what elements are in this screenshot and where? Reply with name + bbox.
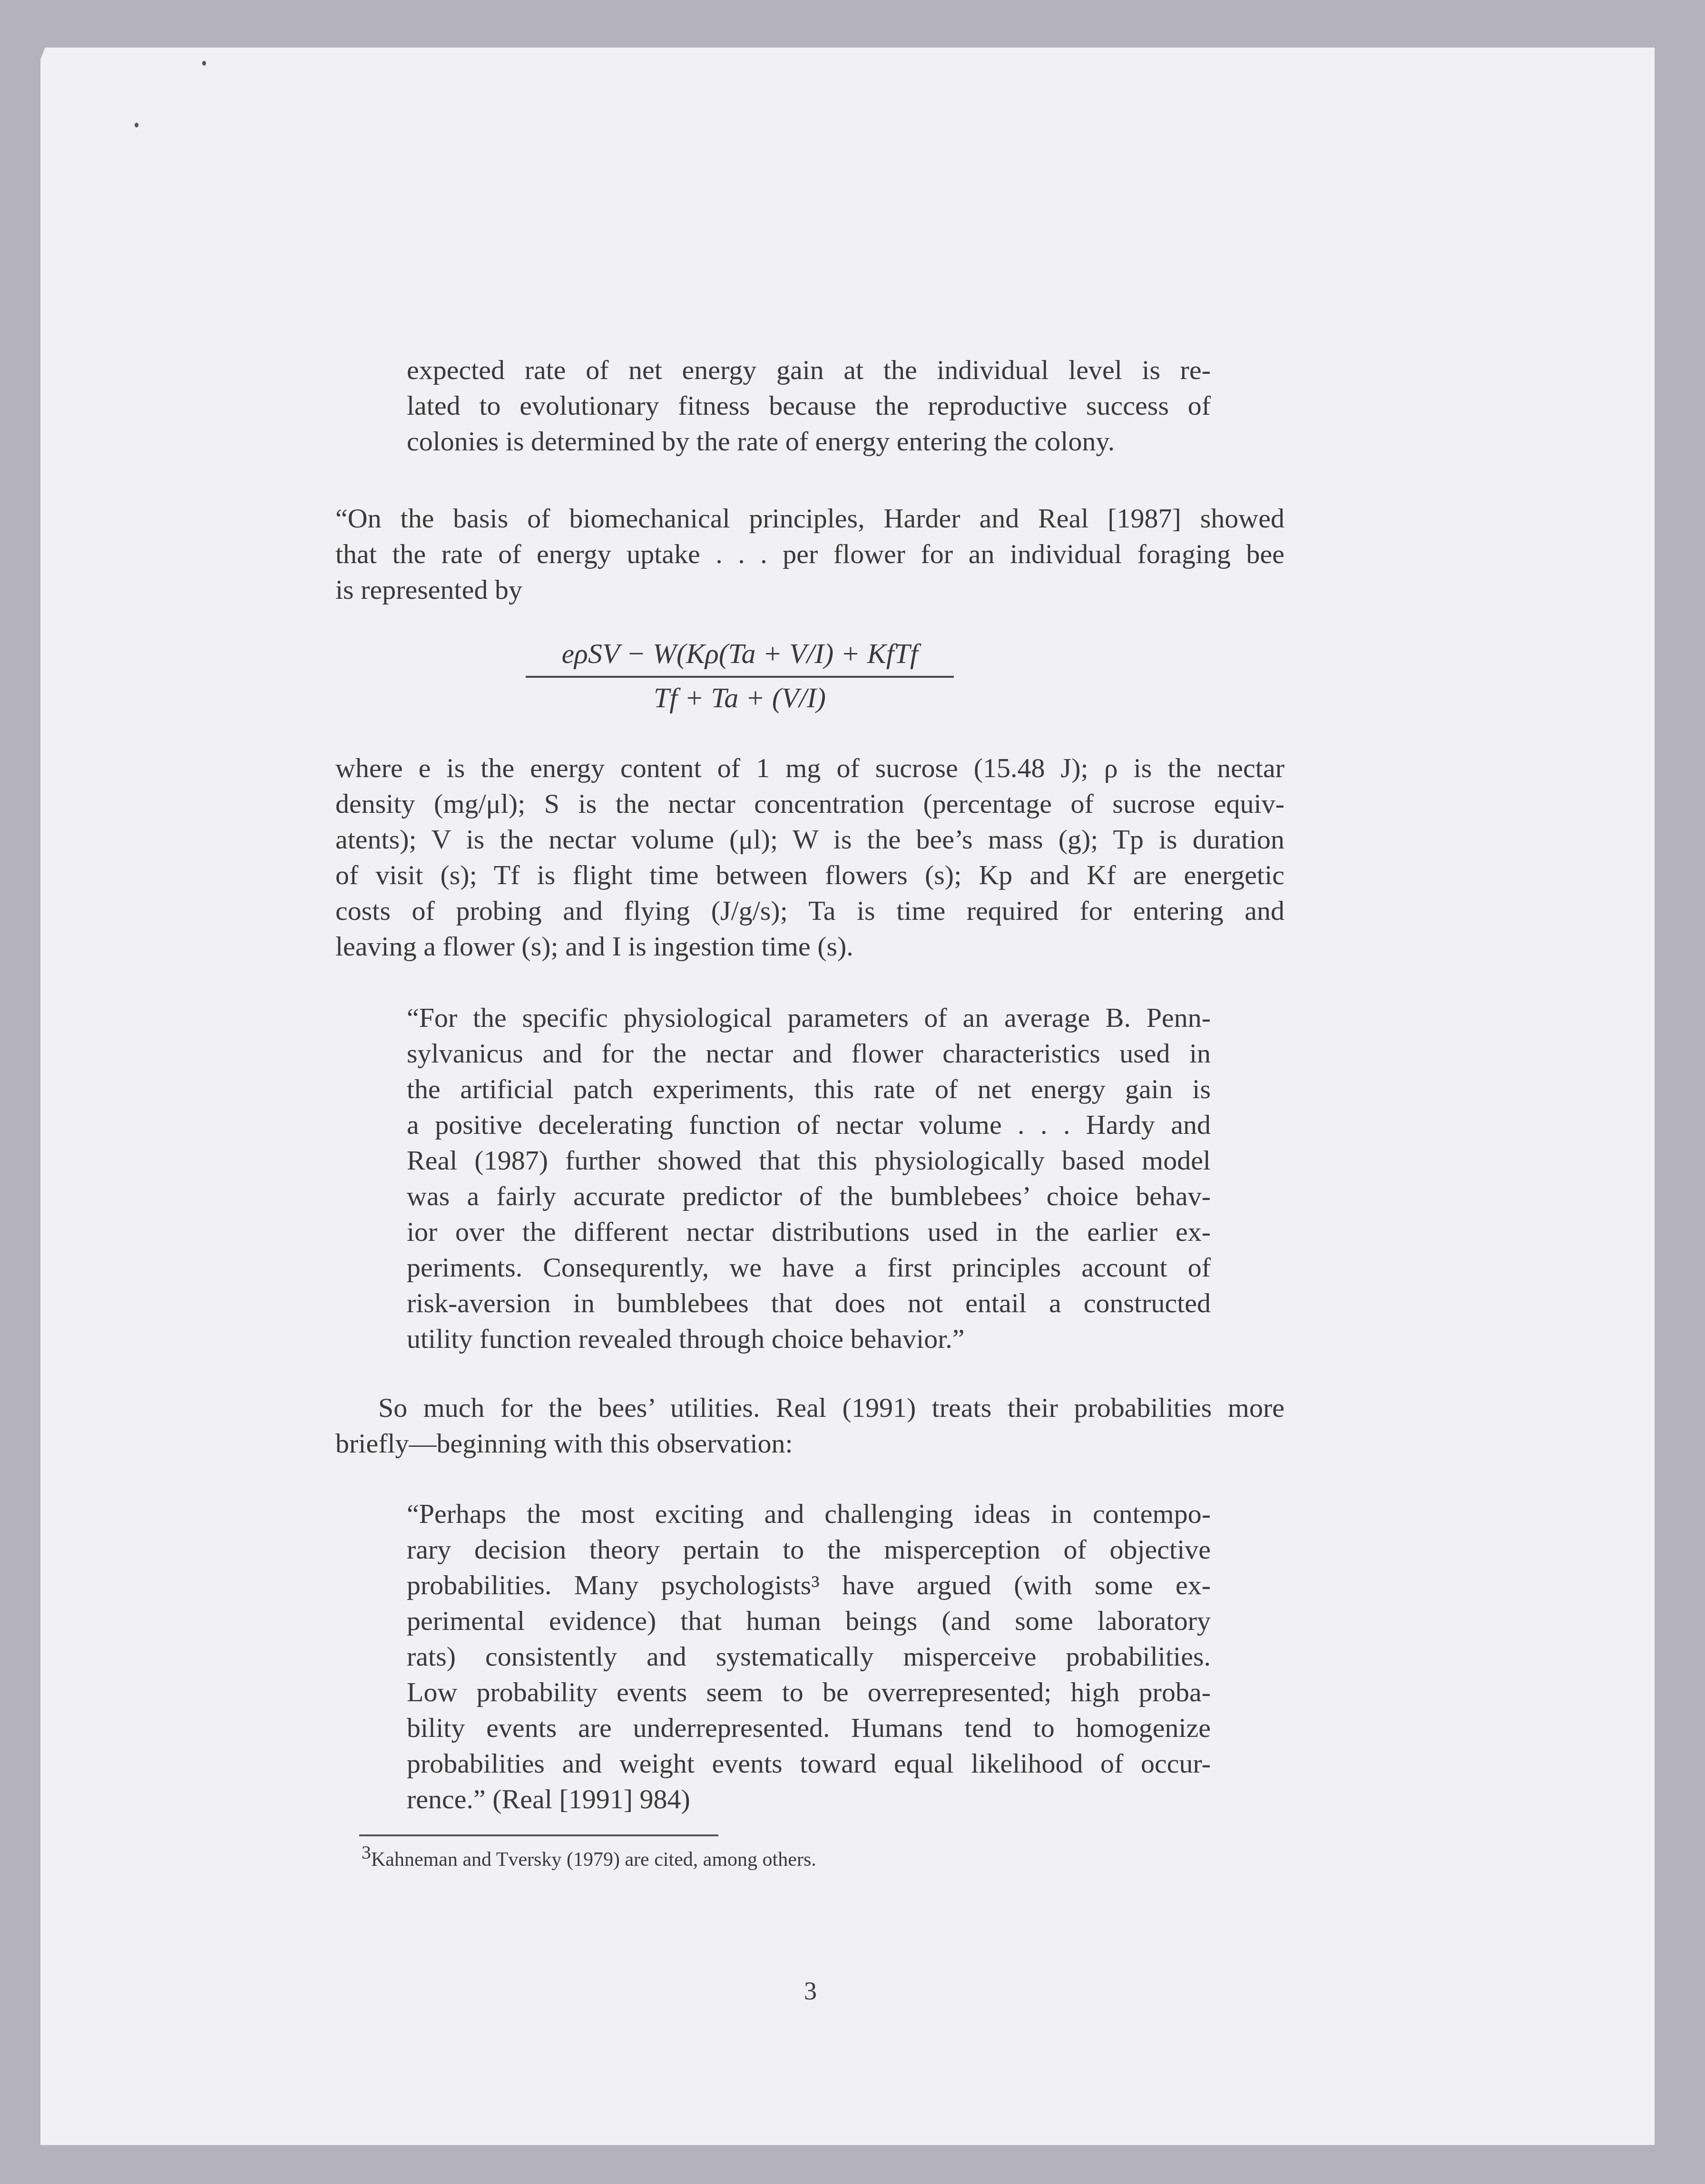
text-line: Real (1987) further showed that this phy…	[407, 1142, 1211, 1178]
text-line: expected rate of net energy gain at the …	[407, 352, 1211, 388]
text-line: “For the specific physiological paramete…	[407, 1000, 1211, 1035]
text-line: of visit (s); Tf is flight time between …	[335, 857, 1284, 893]
text-line: “Perhaps the most exciting and challengi…	[407, 1496, 1211, 1531]
formula-denominator: Tf + Ta + (V/I)	[526, 682, 954, 714]
text-line: probabilities. Many psychologists³ have …	[407, 1567, 1211, 1603]
text-line: perimental evidence) that human beings (…	[407, 1603, 1211, 1638]
footnote-rule	[359, 1834, 718, 1836]
text-line: where e is the energy content of 1 mg of…	[335, 750, 1284, 786]
text-line: density (mg/μl); S is the nectar concent…	[335, 786, 1284, 821]
block-quote-1: “For the specific physiological paramete…	[407, 1000, 1211, 1356]
text-line: the artificial patch experiments, this r…	[407, 1071, 1211, 1107]
text-line: a positive decelerating function of nect…	[407, 1107, 1211, 1142]
text-line: Low probability events seem to be overre…	[407, 1674, 1211, 1710]
text-line: atents); V is the nectar volume (μl); W …	[335, 821, 1284, 857]
energy-rate-formula: eρSV − W(Kρ(Ta + V/I) + KfTf Tf + Ta + (…	[526, 637, 954, 714]
formula-numerator: eρSV − W(Kρ(Ta + V/I) + KfTf	[526, 637, 954, 673]
text-line: rats) consistently and systematically mi…	[407, 1638, 1211, 1674]
text-line: risk-aversion in bumblebees that does no…	[407, 1285, 1211, 1321]
text-line: probabilities and weight events toward e…	[407, 1745, 1211, 1781]
definitions-paragraph: where e is the energy content of 1 mg of…	[335, 750, 1284, 964]
text-line: ior over the different nectar distributi…	[407, 1214, 1211, 1249]
text-line: utility function revealed through choice…	[407, 1321, 1211, 1356]
text-line: sylvanicus and for the nectar and flower…	[407, 1035, 1211, 1071]
body-paragraph: So much for the bees’ utilities. Real (1…	[335, 1390, 1284, 1461]
text-line: lated to evolutionary fitness because th…	[407, 388, 1211, 423]
text-line: was a fairly accurate predictor of the b…	[407, 1178, 1211, 1214]
text-line: colonies is determined by the rate of en…	[407, 423, 1211, 459]
footnote-marker: 3	[362, 1842, 371, 1863]
text-line: briefly—beginning with this observation:	[335, 1425, 1284, 1461]
text-line: is represented by	[335, 572, 1284, 607]
footnote: 3Kahneman and Tversky (1979) are cited, …	[362, 1846, 816, 1873]
text-line: bility events are underrepresented. Huma…	[407, 1710, 1211, 1745]
text-line: leaving a flower (s); and I is ingestion…	[335, 928, 1284, 964]
page-number: 3	[804, 1976, 817, 2006]
quote-continuation: expected rate of net energy gain at the …	[407, 352, 1211, 459]
footnote-text: Kahneman and Tversky (1979) are cited, a…	[371, 1849, 816, 1871]
block-quote-2: “Perhaps the most exciting and challengi…	[407, 1496, 1211, 1817]
text-line: costs of probing and flying (J/g/s); Ta …	[335, 893, 1284, 928]
scan-speck	[202, 61, 206, 66]
scan-speck	[135, 123, 138, 127]
text-line: “On the basis of biomechanical principle…	[335, 500, 1284, 536]
text-line: that the rate of energy uptake . . . per…	[335, 536, 1284, 572]
text-line: rary decision theory pertain to the misp…	[407, 1531, 1211, 1567]
intro-paragraph: “On the basis of biomechanical principle…	[335, 500, 1284, 607]
text-line: rence.” (Real [1991] 984)	[407, 1781, 1211, 1817]
fraction-bar	[526, 676, 954, 678]
text-line: So much for the bees’ utilities. Real (1…	[335, 1390, 1284, 1425]
text-line: periments. Consequrently, we have a firs…	[407, 1249, 1211, 1285]
